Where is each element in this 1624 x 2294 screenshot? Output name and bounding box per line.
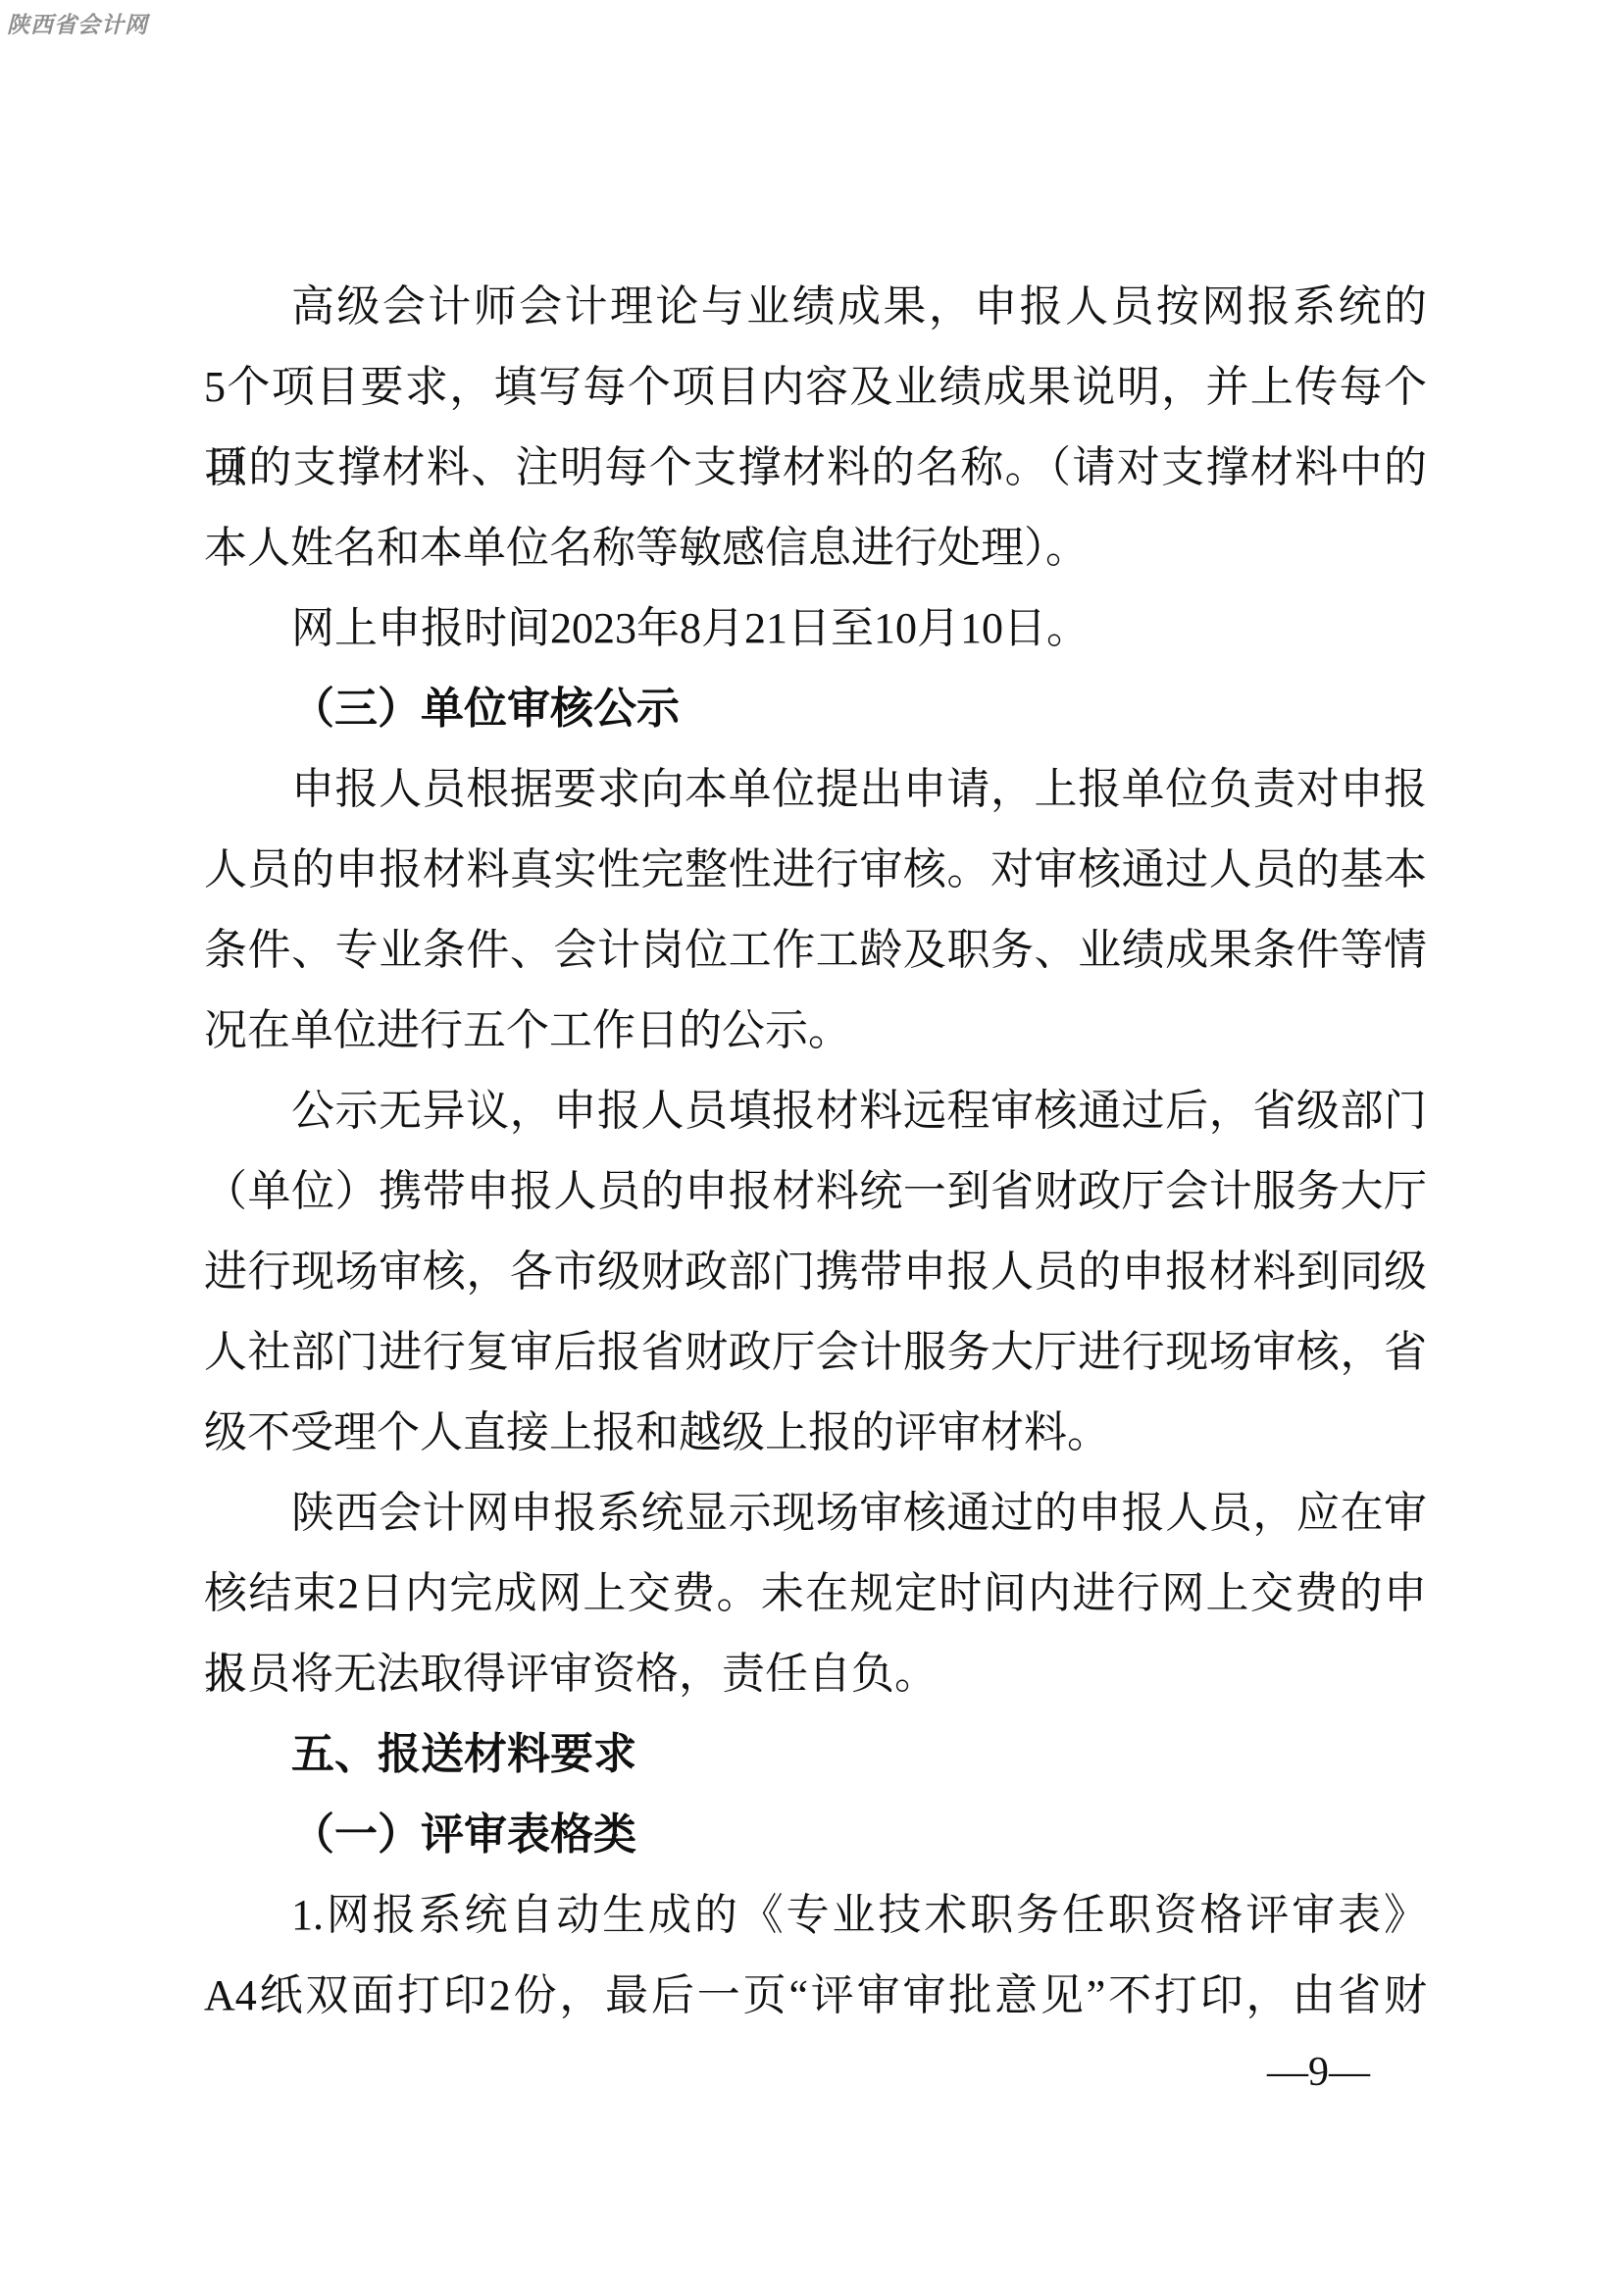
text-line: 1.网报系统自动生成的《专业技术职务任职资格评审表》 [204,1875,1427,1956]
document-page: 陕西省会计网 高级会计师会计理论与业绩成果，申报人员按网报系统的5个项目要求，填… [0,0,1624,2294]
text-line: （单位）携带申报人员的申报材料统一到省财政厅会计服务大厅 [204,1151,1427,1232]
text-line: 5个项目要求，填写每个项目内容及业绩成果说明，并上传每个项 [204,347,1427,428]
text-line: 条件、专业条件、会计岗位工作工龄及职务、业绩成果条件等情 [204,910,1427,991]
heading-line: （三）单位审核公示 [204,669,1427,749]
page-number: —9— [1267,2052,1370,2093]
heading-line: （一）评审表格类 [204,1795,1427,1875]
text-line: 申报人员根据要求向本单位提出申请，上报单位负责对申报 [204,749,1427,830]
text-line: A4纸双面打印2份，最后一页“评审审批意见”不打印，由省财 [204,1956,1427,2036]
text-line: 进行现场审核，各市级财政部门携带申报人员的申报材料到同级 [204,1232,1427,1312]
text-line: 人员将无法取得评审资格，责任自负。 [204,1634,1427,1714]
text-line: 人员的申报材料真实性完整性进行审核。对审核通过人员的基本 [204,830,1427,910]
text-line: 人社部门进行复审后报省财政厅会计服务大厅进行现场审核，省 [204,1312,1427,1393]
heading-line: 五、报送材料要求 [204,1714,1427,1795]
text-line: 核结束2日内完成网上交费。未在规定时间内进行网上交费的申报 [204,1554,1427,1634]
text-line: 况在单位进行五个工作日的公示。 [204,991,1427,1071]
watermark-text: 陕西省会计网 [7,7,148,39]
text-line: 级不受理个人直接上报和越级上报的评审材料。 [204,1393,1427,1473]
text-line: 网上申报时间2023年8月21日至10月10日。 [204,588,1427,669]
text-line: 高级会计师会计理论与业绩成果，申报人员按网报系统的 [204,267,1427,347]
text-line: 陕西会计网申报系统显示现场审核通过的申报人员，应在审 [204,1473,1427,1554]
text-line: 公示无异议，申报人员填报材料远程审核通过后，省级部门 [204,1071,1427,1151]
text-line: 本人姓名和本单位名称等敏感信息进行处理）。 [204,508,1427,588]
document-body: 高级会计师会计理论与业绩成果，申报人员按网报系统的5个项目要求，填写每个项目内容… [204,267,1427,2036]
text-line: 目的支撑材料、注明每个支撑材料的名称。（请对支撑材料中的 [204,428,1427,508]
